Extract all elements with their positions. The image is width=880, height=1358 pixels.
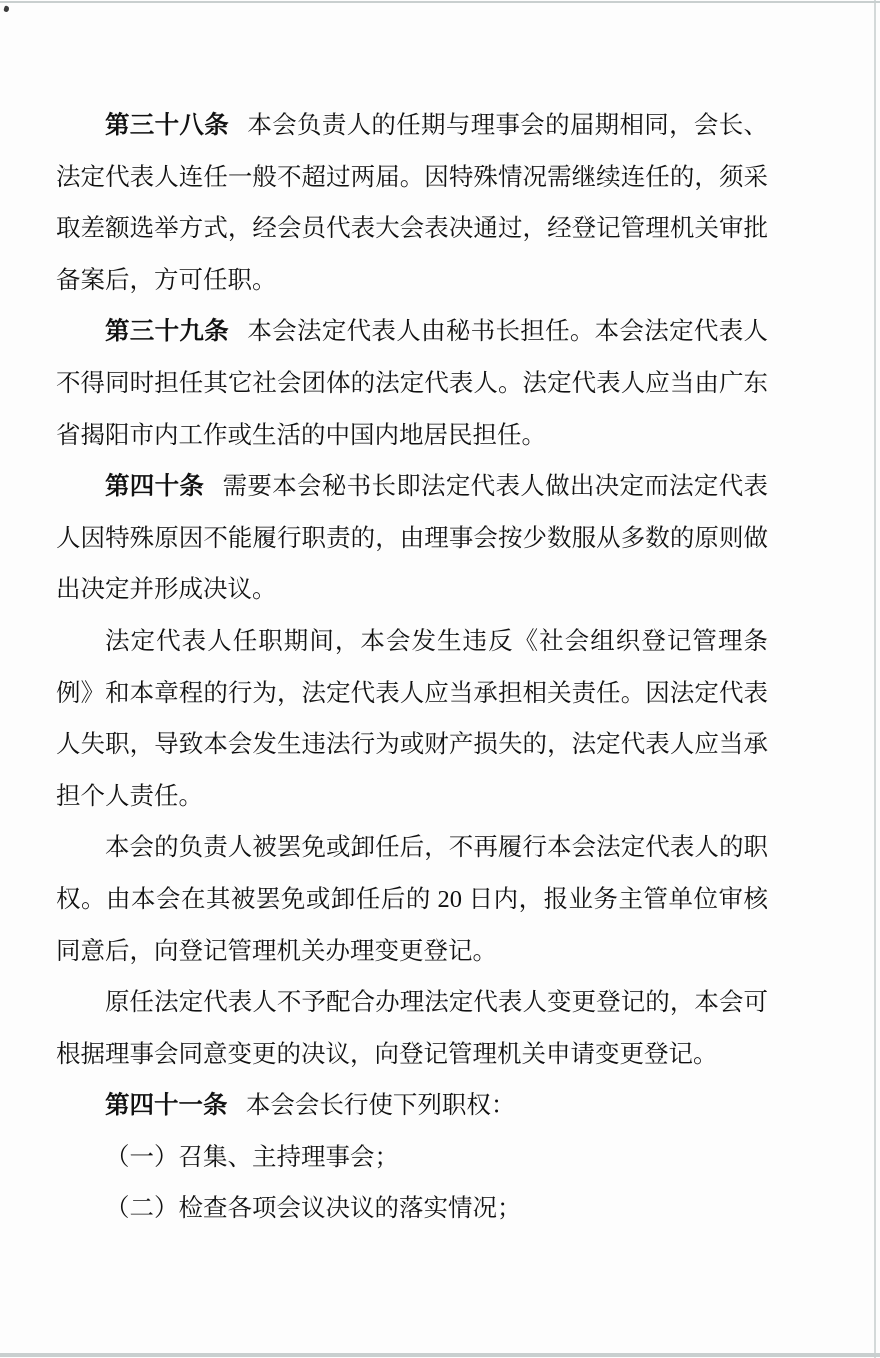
article-40-clause-3-text: 本会的负责人被罢免或卸任后，不再履行本会法定代表人的职权。由本会在其被罢免或卸任… [56,834,768,964]
article-39-number: 第三十九条 [105,318,229,345]
article-38-text: 本会负责人的任期与理事会的届期相同，会长、法定代表人连任一般不超过两届。因特殊情… [56,112,768,294]
article-39-paragraph: 第三十九条本会法定代表人由秘书长担任。本会法定代表人不得同时担任其它社会团体的法… [56,306,768,461]
article-38-number: 第三十八条 [105,112,229,139]
article-41-item-2: （二）检查各项会议决议的落实情况； [56,1183,768,1235]
article-40-clause-4-paragraph: 原任法定代表人不予配合办理法定代表人变更登记的，本会可根据理事会同意变更的决议，… [56,977,768,1080]
scan-top-edge-artifact [0,1,880,3]
article-40-number: 第四十条 [105,473,204,500]
article-41-item-1: （一）召集、主持理事会； [56,1132,768,1184]
article-38-paragraph: 第三十八条本会负责人的任期与理事会的届期相同，会长、法定代表人连任一般不超过两届… [56,100,768,306]
scan-speck-artifact [3,5,10,12]
scan-bottom-edge-artifact [0,1353,880,1357]
scan-right-edge-artifact [874,0,876,1358]
article-41-paragraph: 第四十一条本会会长行使下列职权： [56,1080,768,1132]
article-40-clause-2-text: 法定代表人任职期间，本会发生违反《社会组织登记管理条例》和本章程的行为，法定代表… [56,628,768,810]
article-41-number: 第四十一条 [105,1092,228,1119]
article-41-item-2-text: （二）检查各项会议决议的落实情况； [105,1195,522,1222]
article-41-item-1-text: （一）召集、主持理事会； [105,1144,399,1171]
article-40-clause-4-text: 原任法定代表人不予配合办理法定代表人变更登记的，本会可根据理事会同意变更的决议，… [56,989,768,1068]
scanned-page: 第三十八条本会负责人的任期与理事会的届期相同，会长、法定代表人连任一般不超过两届… [0,0,880,1358]
article-40-clause-3-paragraph: 本会的负责人被罢免或卸任后，不再履行本会法定代表人的职权。由本会在其被罢免或卸任… [56,822,768,977]
article-40-paragraph: 第四十条需要本会秘书长即法定代表人做出决定而法定代表人因特殊原因不能履行职责的，… [56,461,768,616]
article-41-text: 本会会长行使下列职权： [246,1092,516,1119]
document-body: 第三十八条本会负责人的任期与理事会的届期相同，会长、法定代表人连任一般不超过两届… [56,0,768,1235]
article-40-clause-2-paragraph: 法定代表人任职期间，本会发生违反《社会组织登记管理条例》和本章程的行为，法定代表… [56,616,768,822]
